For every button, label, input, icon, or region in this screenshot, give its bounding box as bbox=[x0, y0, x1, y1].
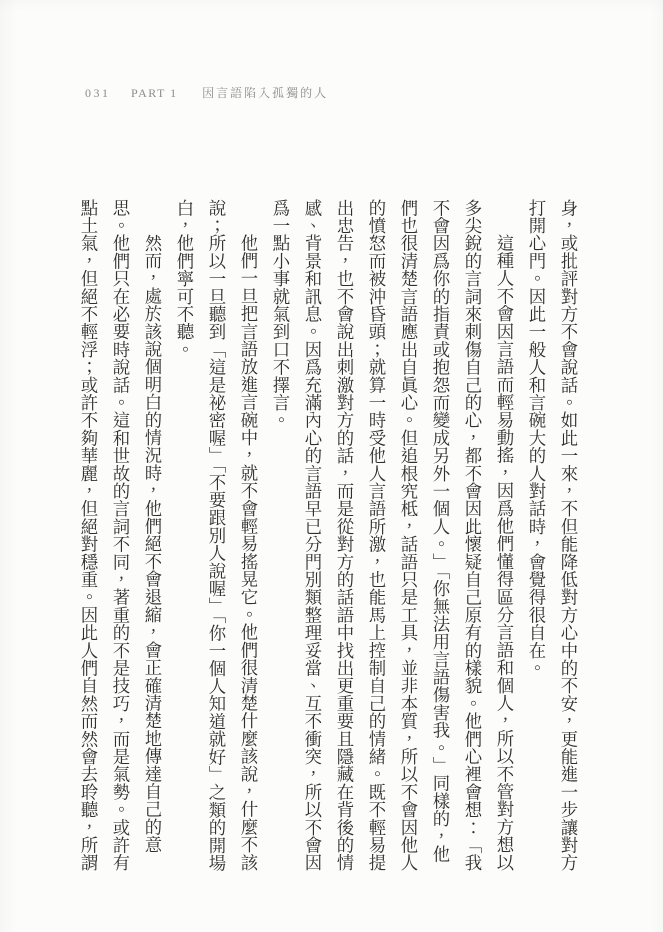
page-number: 031 bbox=[85, 86, 111, 100]
body-paragraph: 他們一旦把言語放進言碗中，就不會輕易搖晃它。他們很清楚什麼該說，什麼不該說；所以… bbox=[168, 199, 264, 877]
body-paragraph: 身，或批評對方不會說話。如此一來，不但能降低對方心中的不安，更能進一步讓對方打開… bbox=[520, 199, 584, 877]
running-header: 031 PART 1 因言語陷入孤獨的人 bbox=[85, 84, 328, 101]
body-paragraph: 這種人不會因言語而輕易動搖，因爲他們懂得區分言語和個人，所以不管對方想以多尖銳的… bbox=[264, 199, 520, 877]
part-label: PART 1 bbox=[131, 86, 178, 100]
body-text: 身，或批評對方不會說話。如此一來，不但能降低對方心中的不安，更能進一步讓對方打開… bbox=[72, 199, 584, 877]
body-paragraph: 然而，處於該說個明白的情況時，他們絕不會退縮，會正確清楚地傳達自己的意思。他們只… bbox=[72, 199, 168, 877]
chapter-title: 因言語陷入孤獨的人 bbox=[202, 86, 328, 100]
book-page: 031 PART 1 因言語陷入孤獨的人 身，或批評對方不會說話。如此一來，不但… bbox=[0, 0, 663, 932]
